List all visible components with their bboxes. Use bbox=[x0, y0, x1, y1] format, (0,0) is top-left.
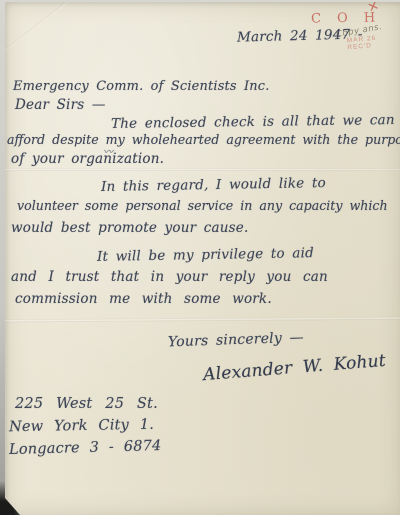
body-line-text: of your organization. bbox=[11, 151, 164, 167]
body-line: afford despite my wholehearted agreement… bbox=[7, 132, 400, 147]
body-line: The enclosed check is all that we can bbox=[111, 112, 395, 132]
corner-crease bbox=[0, 0, 76, 64]
signature: Alexander W. Kohut bbox=[202, 351, 386, 385]
address-line: Longacre 3 - 6874 bbox=[9, 438, 162, 458]
letter-paper: + C O H Copy ans. MAR 26 REC'D March 24 … bbox=[5, 2, 400, 515]
salutation: Dear Sirs — bbox=[15, 97, 106, 113]
body-line: and I trust that in your reply you can bbox=[11, 269, 328, 285]
letter-date: March 24 1947 - bbox=[237, 26, 363, 45]
fold-crease bbox=[5, 168, 400, 171]
closing-line: Yours sincerely — bbox=[168, 330, 304, 351]
body-line: commission me with some work. bbox=[15, 291, 272, 307]
insertion-correction-mark: 〰 bbox=[103, 143, 112, 158]
body-line: In this regard, I would like to bbox=[101, 175, 326, 195]
body-line: volunteer some personal service in any c… bbox=[17, 198, 388, 213]
recipient-line: Emergency Comm. of Scientists Inc. bbox=[13, 79, 270, 94]
address-line: 225 West 25 St. bbox=[15, 396, 158, 412]
scanned-letter: + C O H Copy ans. MAR 26 REC'D March 24 … bbox=[0, 0, 400, 515]
body-line: of your organization. 〰 bbox=[11, 151, 164, 167]
body-line: It will be my privilege to aid bbox=[97, 245, 314, 265]
address-line: New York City 1. bbox=[9, 417, 154, 436]
body-line: would best promote your cause. bbox=[11, 220, 248, 236]
fold-crease bbox=[5, 317, 400, 323]
